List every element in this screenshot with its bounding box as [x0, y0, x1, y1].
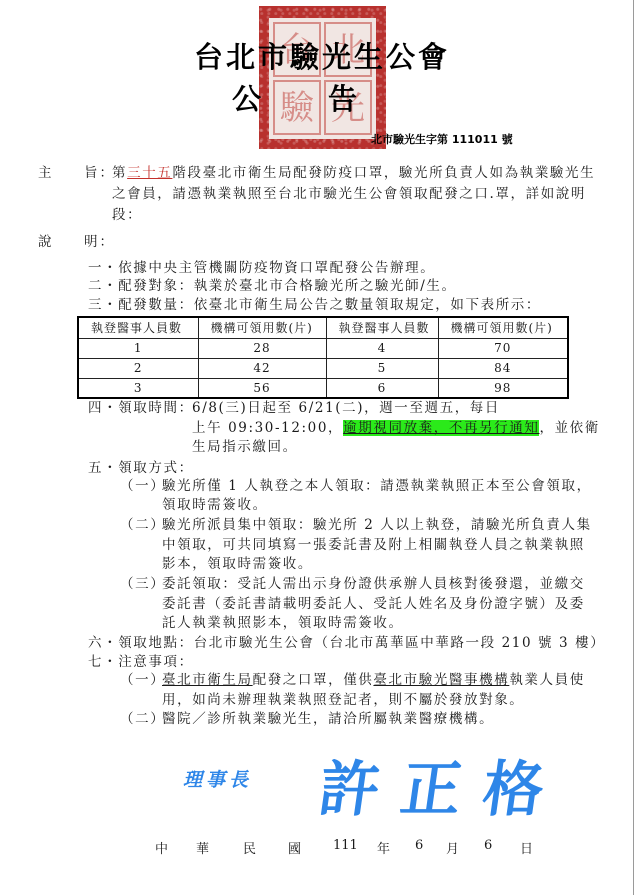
explanation-label-1: 說: [38, 232, 52, 253]
announce-char-1: 公: [232, 77, 261, 118]
method-1-line-2: 領取時需簽收。: [162, 495, 268, 516]
method-2-line-3: 影本，領取時需簽收。: [162, 554, 313, 575]
date-year: 111: [333, 838, 358, 853]
table-header-cell: 執登醫事人員數: [78, 317, 198, 338]
note-1-line-1: 臺北市衛生局配發之口罩，僅供臺北市驗光醫事機構執業人員使: [162, 670, 585, 691]
table-row: 3 56 6 98: [78, 378, 568, 398]
subject-line-2: 之會員，請憑執業執照至台北市驗光生公會領取配發之口.罩，詳如說明: [112, 184, 586, 205]
table-row: 2 42 5 84: [78, 358, 568, 378]
table-cell: 70: [438, 338, 568, 358]
subject-prefix: 第: [112, 165, 127, 181]
note-1-underline-1: 臺北市衛生局: [162, 672, 253, 688]
quota-table: 執登醫事人員數 機構可領用數(片) 執登醫事人員數 機構可領用數(片) 1 28…: [77, 316, 569, 399]
table-header-row: 執登醫事人員數 機構可領用數(片) 執登醫事人員數 機構可領用數(片): [78, 317, 568, 338]
table-header-cell: 機構可領用數(片): [438, 317, 568, 338]
note-2-text: 醫院／診所執業驗光生，請洽所屬執業醫療機構。: [162, 709, 494, 730]
note-2-num: （二）: [120, 709, 165, 730]
method-2-num: （二）: [120, 515, 165, 536]
table-cell: 3: [78, 378, 198, 398]
explanation-item-2: 二・配發對象：執業於臺北市合格驗光所之驗光師/生。: [88, 276, 457, 297]
subject-phase-highlight: 三十五: [127, 165, 172, 181]
method-3-line-1: 委託領取：受託人需出示身份證供承辦人員核對後發還，並繳交: [162, 574, 585, 595]
date-day-label: 日: [520, 838, 533, 857]
table-cell: 28: [198, 338, 326, 358]
date-month-label: 月: [446, 838, 459, 857]
expiry-warning-highlight: 逾期視同放棄，不再另行通知: [343, 420, 539, 436]
table-cell: 6: [326, 378, 438, 398]
date-day: 6: [484, 838, 492, 853]
pickup-time-line-1: 6/8(三)日起至 6/21(二)，週一至週五，每日: [192, 398, 500, 419]
pickup-time-line-2: 上午 09:30-12:00，逾期視同放棄，不再另行通知，並依衛: [192, 418, 600, 439]
method-3-line-2: 委託書（委託書請載明委託人、受託人姓名及身份證字號）及委: [162, 594, 585, 615]
subject-label-1: 主: [38, 163, 52, 184]
method-1-num: （一）: [120, 476, 165, 497]
note-1-num: （一）: [120, 670, 165, 691]
official-seal: 台 北 驗 光: [259, 6, 386, 149]
pickup-time-line-2-post: ，並依衛: [539, 420, 599, 436]
date-year-label: 年: [377, 838, 390, 857]
document-number: 北市驗光生字第 111011 號: [371, 131, 513, 147]
org-title: 台北市驗光生公會: [0, 35, 634, 76]
seal-glyph: 驗: [273, 80, 321, 135]
pickup-location: 六・領取地點：台北市驗光生公會（台北市萬華區中華路一段 210 號 3 樓）: [88, 633, 605, 654]
note-1-underline-2: 臺北市驗光醫事機構: [373, 672, 509, 688]
table-row: 1 28 4 70: [78, 338, 568, 358]
explanation-label-2: 明：: [84, 232, 115, 253]
date-char: 中: [155, 838, 168, 857]
pickup-hours: 上午 09:30-12:00，: [192, 420, 343, 436]
method-3-num: （三）: [120, 574, 165, 595]
method-2-line-2: 中領取，可共同填寫一張委託書及附上相關執登人員之執業執照: [162, 535, 585, 556]
subject-line-3: 段：: [112, 205, 142, 226]
date-month: 6: [415, 838, 423, 853]
table-cell: 42: [198, 358, 326, 378]
announce-char-2: 告: [328, 77, 357, 118]
org-title-text: 台北市驗光生公會: [194, 35, 450, 76]
subject-line-1: 第三十五階段臺北市衛生局配發防疫口罩，驗光所負責人如為執業驗光生: [112, 163, 595, 184]
table-header-cell: 機構可領用數(片): [198, 317, 326, 338]
pickup-time-label: 四・領取時間：: [88, 398, 194, 419]
table-cell: 1: [78, 338, 198, 358]
chairman-title: 理事長: [183, 765, 252, 792]
pickup-time-line-3: 生局指示繳回。: [192, 437, 298, 458]
subject-line-1-rest: 階段臺北市衛生局配發防疫口罩，驗光所負責人如為執業驗光生: [172, 165, 595, 181]
date-char: 國: [288, 838, 301, 857]
note-1-text-1: 配發之口罩，僅供: [253, 672, 374, 688]
table-cell: 56: [198, 378, 326, 398]
table-cell: 2: [78, 358, 198, 378]
explanation-item-3: 三・配發數量：依臺北市衛生局公告之數量領取規定，如下表所示：: [88, 295, 541, 316]
table-cell: 5: [326, 358, 438, 378]
table-cell: 84: [438, 358, 568, 378]
chairman-signature: 許正格: [314, 742, 572, 828]
table-cell: 98: [438, 378, 568, 398]
method-2-line-1: 驗光所派員集中領取：驗光所 2 人以上執登，請驗光所負責人集: [162, 515, 592, 536]
method-1-line-1: 驗光所僅 1 人執登之本人領取：請憑執業執照正本至公會領取，: [162, 476, 592, 497]
table-cell: 4: [326, 338, 438, 358]
date-char: 華: [196, 838, 209, 857]
table-header-cell: 執登醫事人員數: [326, 317, 438, 338]
note-1-text-2: 執業人員使: [509, 672, 585, 688]
note-1-line-2: 用，如尚未辦理執業執照登記者，則不屬於發放對象。: [162, 690, 524, 711]
subject-label-2: 旨：: [84, 163, 115, 184]
date-char: 民: [243, 838, 256, 857]
method-3-line-3: 託人執業執照影本，領取時需簽收。: [162, 613, 404, 634]
